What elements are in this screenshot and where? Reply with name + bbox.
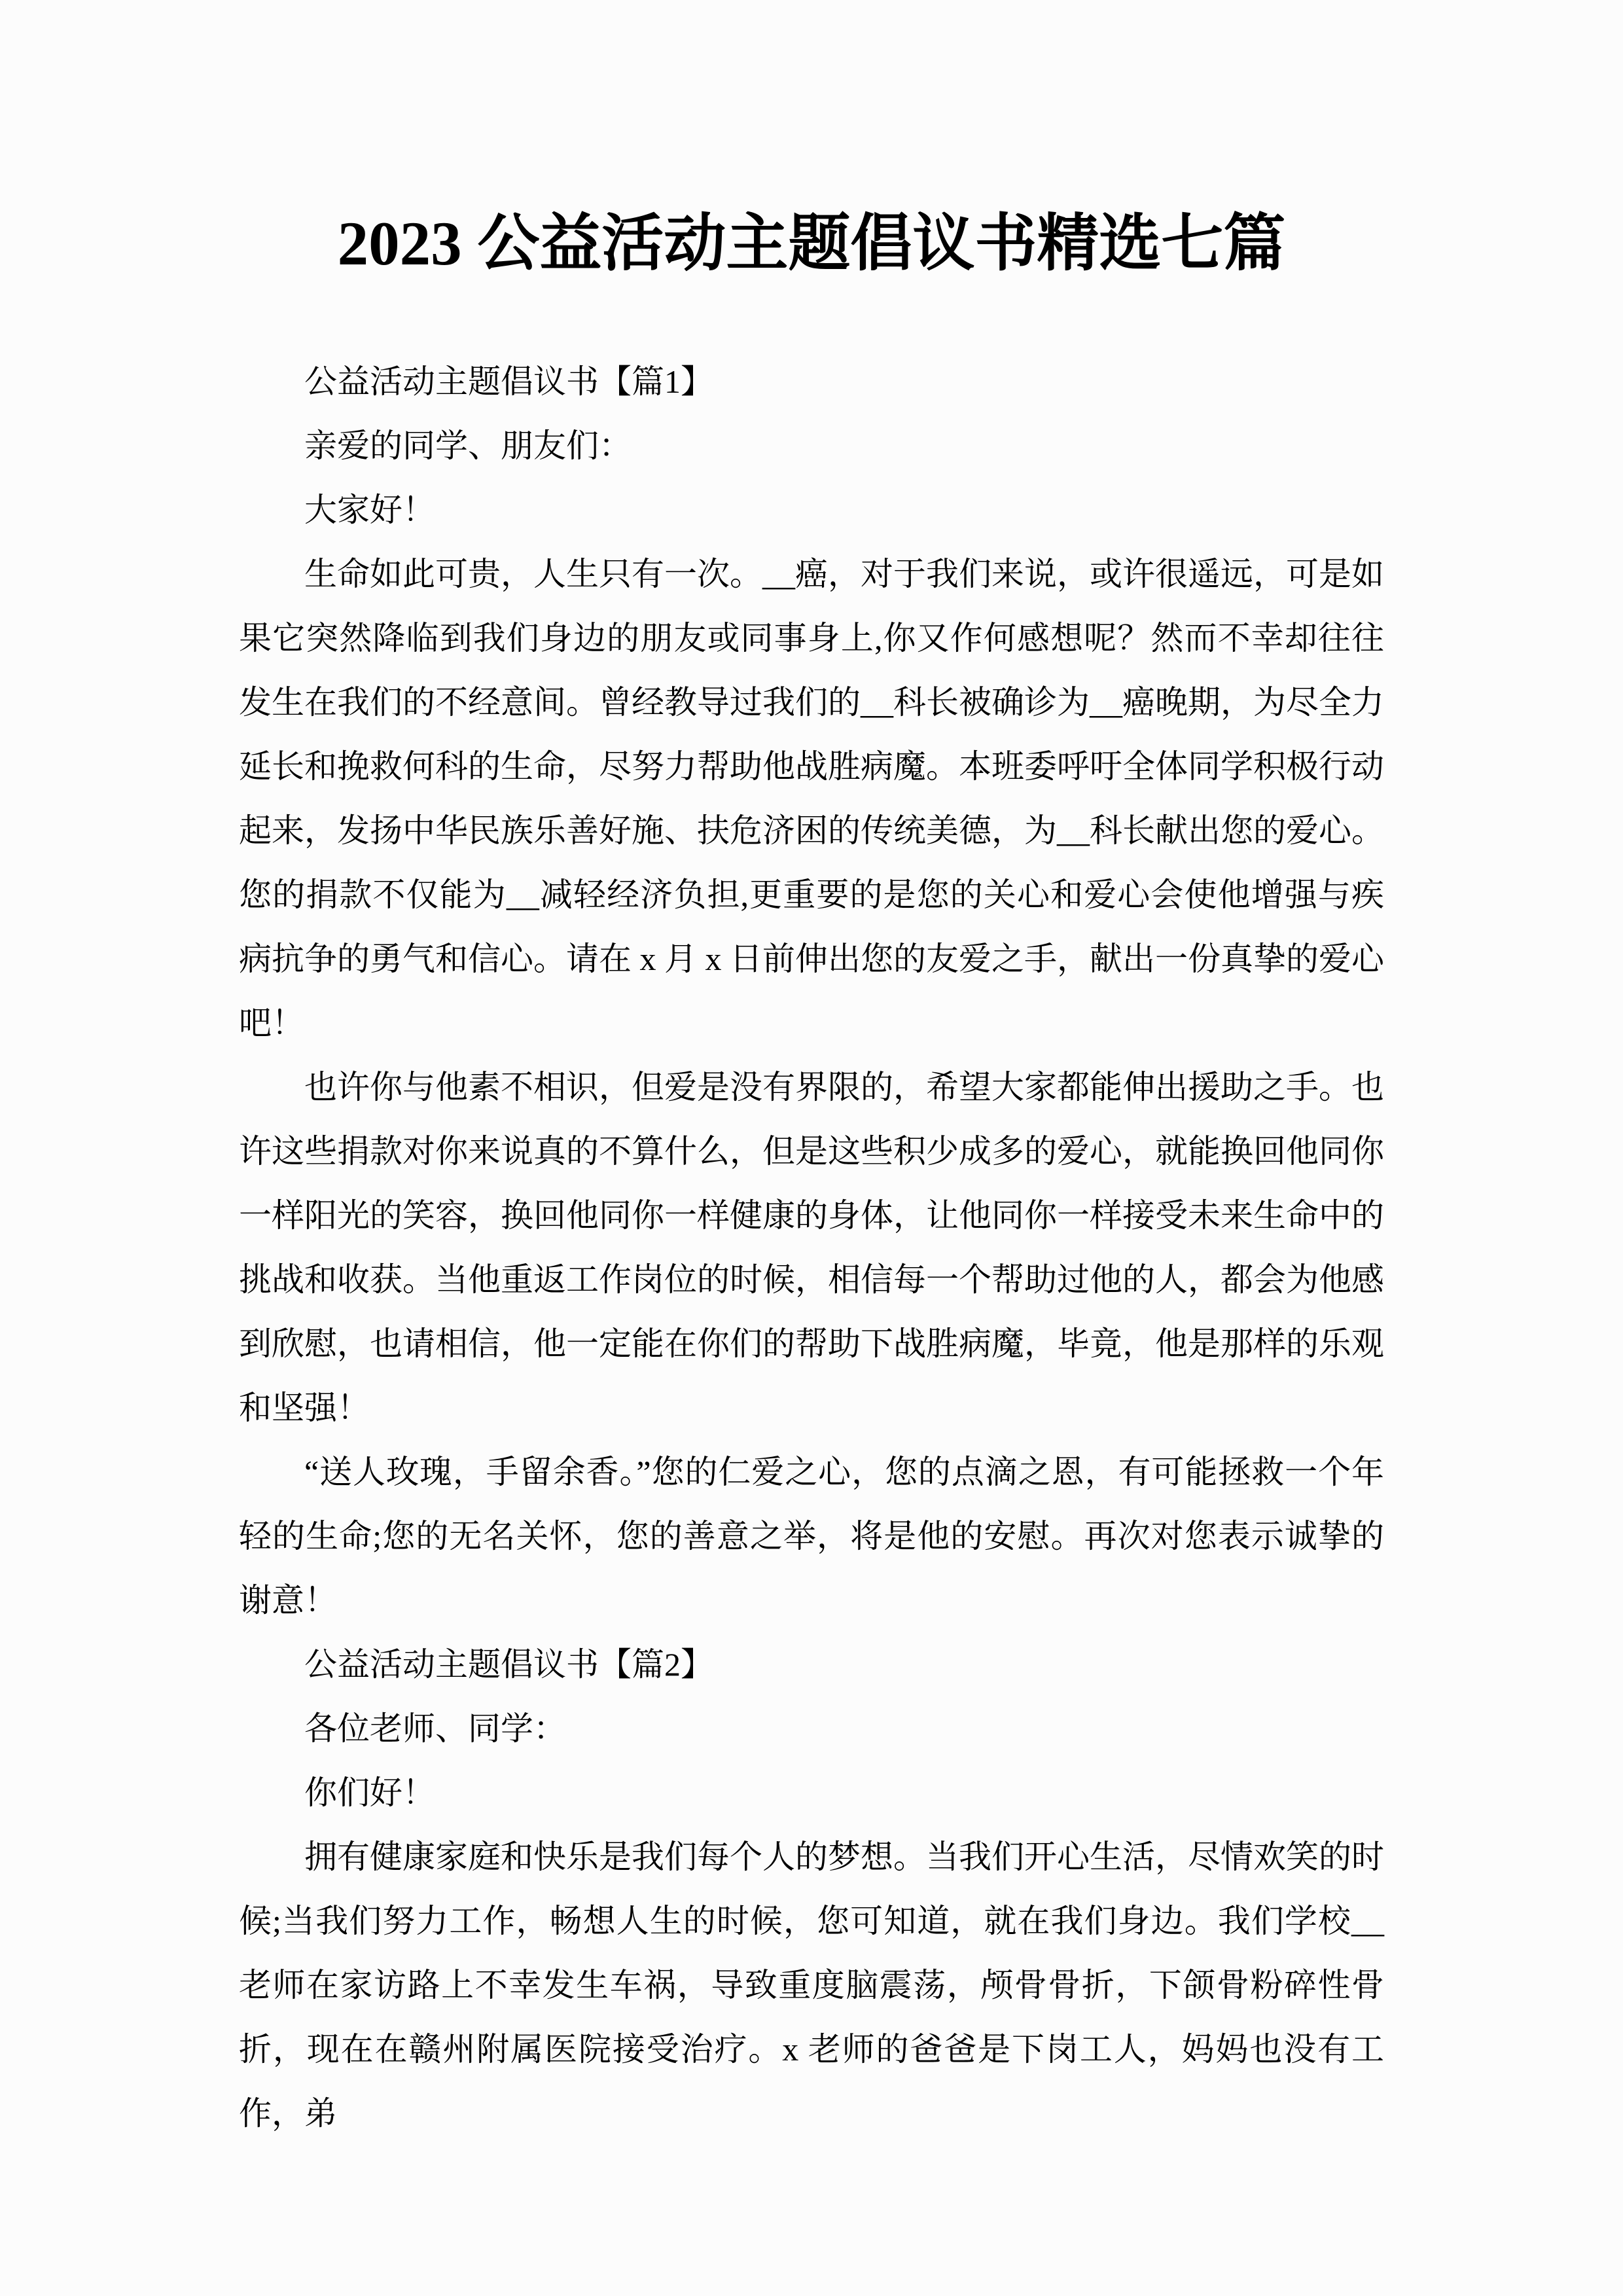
- paragraph-2: 也许你与他素不相识，但爱是没有界限的，希望大家都能伸出援助之手。也许这些捐款对你…: [239, 1055, 1384, 1440]
- paragraph-4: 拥有健康家庭和快乐是我们每个人的梦想。当我们开心生活，尽情欢笑的时候;当我们努力…: [239, 1825, 1384, 2145]
- salutation-part2: 各位老师、同学：: [239, 1696, 1384, 1761]
- paragraph-1: 生命如此可贵，人生只有一次。__癌，对于我们来说，或许很遥远，可是如果它突然降临…: [239, 542, 1384, 1055]
- greeting-part1: 大家好！: [239, 478, 1384, 542]
- document-title: 2023 公益活动主题倡议书精选七篇: [239, 191, 1384, 296]
- greeting-part2: 你们好！: [239, 1761, 1384, 1825]
- section-heading-part2: 公益活动主题倡议书【篇2】: [239, 1632, 1384, 1696]
- paragraph-3: “送人玫瑰，手留余香。”您的仁爱之心，您的点滴之恩，有可能拯救一个年轻的生命;您…: [239, 1440, 1384, 1632]
- document-page: 2023 公益活动主题倡议书精选七篇 公益活动主题倡议书【篇1】 亲爱的同学、朋…: [0, 0, 1623, 2296]
- section-heading-part1: 公益活动主题倡议书【篇1】: [239, 350, 1384, 414]
- salutation-part1: 亲爱的同学、朋友们：: [239, 414, 1384, 478]
